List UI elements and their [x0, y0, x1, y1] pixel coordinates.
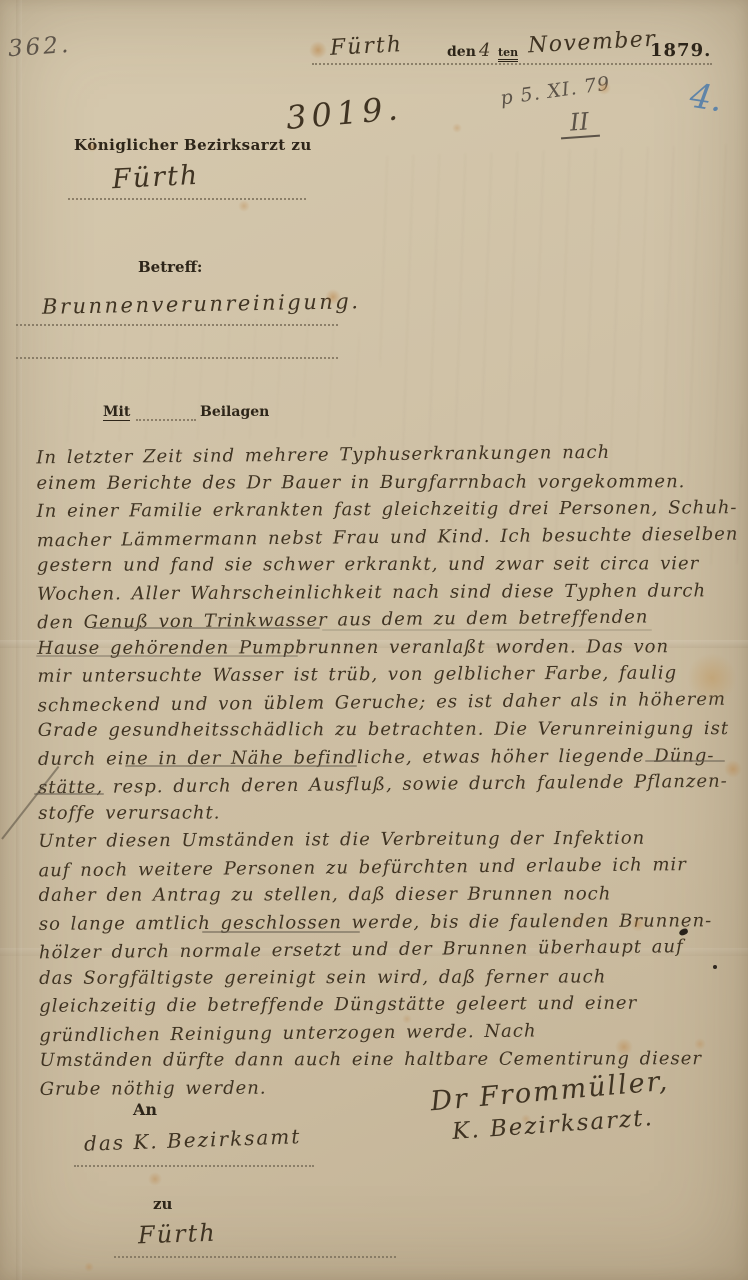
handwritten-line: schmeckend und von üblem Geruche; es ist…	[38, 685, 733, 719]
ink-underline	[322, 629, 652, 631]
dateline-printed-ten: ten	[498, 46, 518, 62]
ink-underline	[125, 765, 357, 767]
letter-body: In letzter Zeit sind mehrere Typhuserkra…	[36, 439, 734, 1103]
foxing-stain	[615, 1038, 633, 1056]
foxing-stain	[84, 1262, 94, 1272]
address-dotted-rule	[74, 1165, 314, 1167]
foxing-stain	[688, 652, 736, 704]
handwritten-line: daher den Antrag zu stellen, daß dieser …	[39, 880, 734, 909]
subject-dotted-rule	[16, 324, 338, 326]
handwritten-line: auf noch weitere Personen zu befürchten …	[38, 850, 733, 884]
edge-crease	[16, 0, 22, 1280]
foxing-stain	[571, 915, 583, 927]
foxing-stain	[521, 1114, 531, 1124]
dateline-month: November	[527, 27, 657, 59]
enclosure-beilagen-label: Beilagen	[200, 404, 269, 420]
foxing-stain	[87, 142, 97, 152]
ink-underline	[34, 793, 104, 795]
letter-page: 362. Fürth den 4 ten November 1879. p 5.…	[0, 0, 748, 1280]
ink-underline	[645, 760, 725, 762]
handwritten-line: mir untersuchte Wasser ist trüb, von gel…	[37, 659, 732, 690]
subject-dotted-rule-2	[16, 357, 338, 359]
handwritten-line: gestern und fand sie schwer erkrankt, un…	[37, 550, 732, 579]
handwritten-line: stätte, resp. durch deren Ausfluß, sowie…	[38, 768, 733, 802]
address-place: Fürth	[138, 1219, 218, 1250]
address-an-label: An	[133, 1100, 157, 1119]
folio-number: 362.	[7, 32, 72, 62]
ink-underline	[36, 655, 298, 657]
ink-underline	[92, 627, 320, 629]
dateline-year: 1879.	[650, 40, 711, 61]
handwritten-line: das Sorgfältigste gereinigt sein wird, d…	[39, 963, 734, 992]
dateline-printed-den: den	[447, 44, 476, 60]
received-date-note: p 5. XI. 79	[499, 72, 612, 109]
handwritten-line: hölzer durch normale ersetzt und der Bru…	[39, 933, 734, 967]
subject-label: Betreff:	[138, 258, 202, 276]
handwritten-line: gleichzeitig die betreffende Düngstätte …	[39, 989, 734, 1020]
handwritten-line: macher Lämmermann nebst Frau und Kind. I…	[37, 520, 732, 554]
enclosure-mit-label: Mit	[103, 404, 130, 421]
address-recipient: das K. Bezirksamt	[84, 1124, 302, 1156]
handwritten-line: Unter diesen Umständen ist die Verbreitu…	[38, 824, 733, 855]
dateline-day: 4	[479, 40, 490, 61]
bleed-through-texture	[59, 317, 361, 442]
blue-pencil-mark: 4.	[687, 76, 725, 121]
handwritten-line: stoffe verursacht.	[38, 798, 733, 827]
foxing-stain	[597, 81, 611, 95]
foxing-stain	[694, 1038, 706, 1050]
handwritten-line: In letzter Zeit sind mehrere Typhuserkra…	[36, 438, 731, 472]
subject-value: Brunnenverunreinigung.	[42, 289, 361, 319]
docket-number: 3019.	[285, 89, 404, 137]
dateline-dotted-rule	[312, 63, 712, 65]
address-zu-label: zu	[153, 1195, 172, 1213]
address-place-dotted-rule	[114, 1256, 396, 1258]
foxing-stain	[148, 1172, 162, 1186]
handwritten-line: Hause gehörenden Pumpbrunnen veranlaßt w…	[37, 633, 732, 662]
handwritten-line: den Genuß von Trinkwasser aus dem zu dem…	[37, 603, 732, 637]
foxing-stain	[325, 289, 341, 305]
dateline-place: Fürth	[329, 32, 403, 61]
handwritten-line: einem Berichte des Dr Bauer in Burgfarrn…	[36, 468, 731, 497]
letterhead-title: Königlicher Bezirksarzt zu	[74, 136, 312, 154]
foxing-stain	[452, 123, 462, 133]
foxing-stain	[309, 41, 327, 59]
enclosure-dotted-rule	[136, 419, 196, 421]
letterhead-dotted-rule	[68, 198, 306, 200]
foxing-stain	[630, 916, 646, 932]
foxing-stain	[724, 760, 742, 778]
ink-dot	[713, 965, 717, 969]
foxing-stain	[238, 200, 250, 212]
handwritten-line: In einer Familie erkrankten fast gleichz…	[37, 494, 732, 525]
handwritten-line: Grade gesundheitsschädlich zu betrachten…	[38, 715, 733, 744]
ink-underline	[202, 931, 360, 933]
foxing-stain	[402, 1014, 412, 1024]
section-numeral: II	[559, 107, 600, 140]
letterhead-place: Fürth	[111, 160, 200, 196]
